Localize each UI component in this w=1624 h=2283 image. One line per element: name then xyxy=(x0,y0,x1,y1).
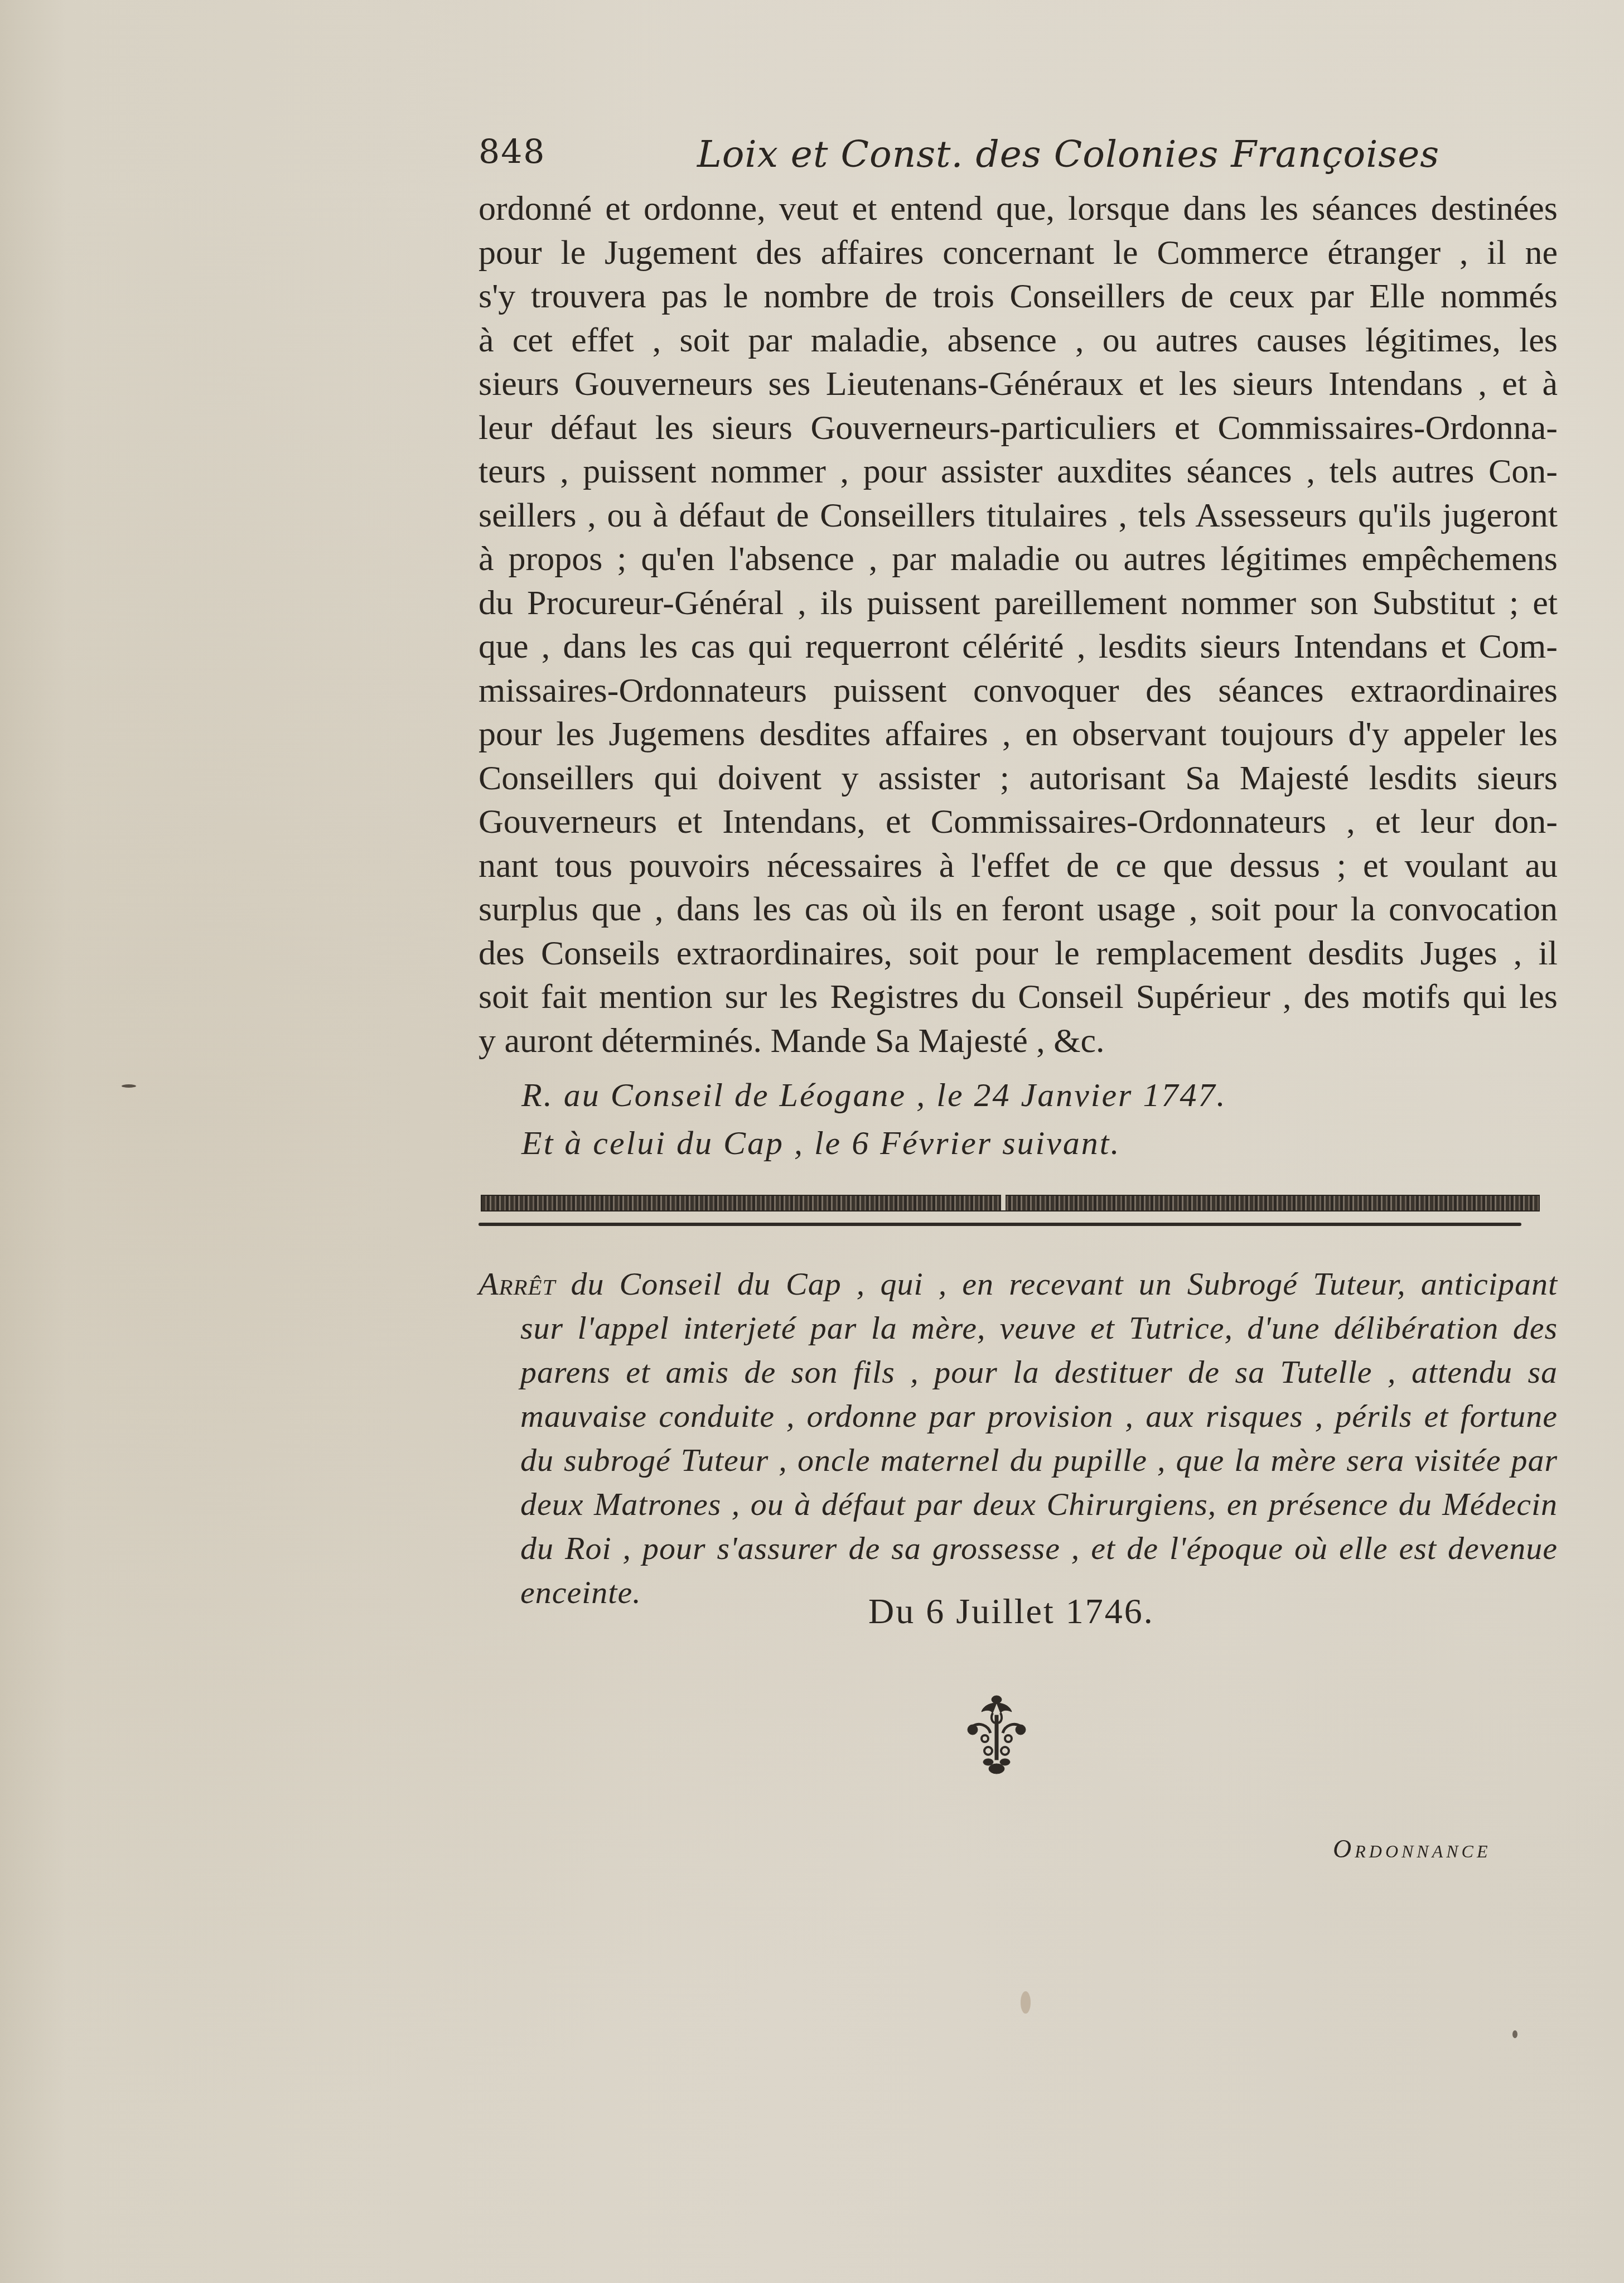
body-line: Gouverneurs et Intendans, et Commissaire… xyxy=(478,800,1558,844)
summary-line: parens et amis de son fils , pour la des… xyxy=(478,1350,1558,1394)
arret-date: Du 6 Juillet 1746. xyxy=(868,1591,1154,1632)
page-header: 848 Loix et Const. des Colonies François… xyxy=(478,133,1538,189)
body-line: seillers , ou à défaut de Conseillers ti… xyxy=(478,494,1558,538)
body-line: soit fait mention sur les Registres du C… xyxy=(478,975,1558,1019)
body-line: ordonné et ordonne, veut et entend que, … xyxy=(478,187,1558,231)
body-line: y auront déterminés. Mande Sa Majesté , … xyxy=(478,1019,1558,1063)
ornamental-border-gap xyxy=(1001,1194,1006,1210)
summary-first-line: du Conseil du Cap , qui , en recevant un… xyxy=(555,1266,1558,1302)
body-line: s'y trouvera pas le nombre de trois Cons… xyxy=(478,274,1558,318)
ornamental-border xyxy=(481,1195,1540,1212)
page-number: 848 xyxy=(478,133,546,172)
body-line: à propos ; qu'en l'absence , par maladie… xyxy=(478,537,1558,581)
summary-line: Arrêt du Conseil du Cap , qui , en recev… xyxy=(478,1262,1558,1306)
summary-line: deux Matrones , ou à défaut par deux Chi… xyxy=(478,1482,1558,1526)
summary-line: mauvaise conduite , ordonne par provisio… xyxy=(478,1394,1558,1438)
running-title: Loix et Const. des Colonies Françoises xyxy=(697,133,1439,176)
body-line: pour le Jugement des affaires concernant… xyxy=(478,231,1558,275)
body-line: que , dans les cas qui requerront céléri… xyxy=(478,625,1558,669)
registration-line-leogane: R. au Conseil de Léogane , le 24 Janvier… xyxy=(521,1071,1226,1119)
catchword: Ordonnance xyxy=(1333,1834,1491,1864)
body-line: nant tous pouvoirs nécessaires à l'effet… xyxy=(478,844,1558,888)
fleuron-ornament-icon xyxy=(966,1693,1027,1777)
body-line: leur défaut les sieurs Gouverneurs-parti… xyxy=(478,406,1558,450)
body-line: surplus que , dans les cas où ils en fer… xyxy=(478,887,1558,931)
arret-summary: Arrêt du Conseil du Cap , qui , en recev… xyxy=(478,1262,1558,1614)
arret-lead: Arrêt xyxy=(478,1266,555,1302)
summary-line: sur l'appel interjeté par la mère, veuve… xyxy=(478,1306,1558,1350)
body-line: pour les Jugemens desdites affaires , en… xyxy=(478,712,1558,756)
summary-line: du subrogé Tuteur , oncle maternel du pu… xyxy=(478,1438,1558,1482)
summary-line: du Roi , pour s'assurer de sa grossesse … xyxy=(478,1526,1558,1570)
paper-stain xyxy=(1021,1991,1031,2014)
registration-note: R. au Conseil de Léogane , le 24 Janvier… xyxy=(521,1071,1226,1167)
book-page: 848 Loix et Const. des Colonies François… xyxy=(0,0,1624,2283)
registration-line-cap: Et à celui du Cap , le 6 Février suivant… xyxy=(521,1119,1226,1167)
body-line: sieurs Gouverneurs ses Lieutenans-Généra… xyxy=(478,362,1558,406)
body-line: du Procureur-Général , ils puissent pare… xyxy=(478,581,1558,625)
paper-mark xyxy=(122,1084,136,1088)
body-paragraph: ordonné et ordonne, veut et entend que, … xyxy=(478,187,1558,1063)
paper-speck xyxy=(1512,2030,1517,2038)
body-line: Conseillers qui doivent y assister ; aut… xyxy=(478,756,1558,800)
body-line: teurs , puissent nommer , pour assister … xyxy=(478,450,1558,494)
horizontal-rule xyxy=(478,1223,1521,1226)
body-line: des Conseils extraordinaires, soit pour … xyxy=(478,931,1558,976)
body-line: missaires-Ordonnateurs puissent convoque… xyxy=(478,669,1558,713)
body-line: à cet effet , soit par maladie, absence … xyxy=(478,318,1558,363)
